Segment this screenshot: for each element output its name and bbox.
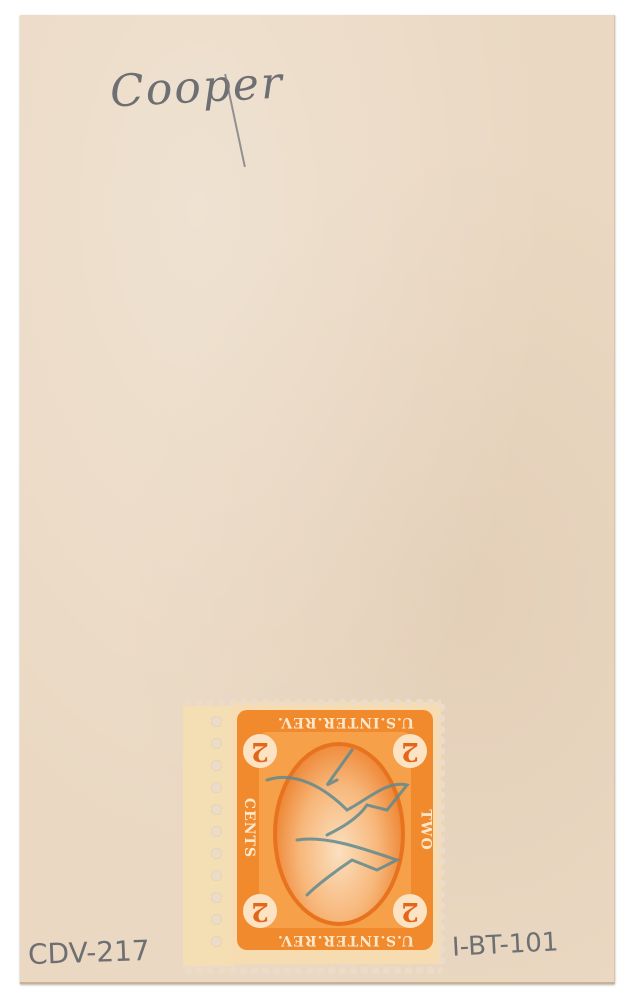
stamp-paper: U.S.INTER.REV. U.S.INTER.REV. CENTS TWO … <box>231 702 441 964</box>
numeral-corner: 2 <box>243 894 277 928</box>
perforated-edge-bottom <box>183 965 441 975</box>
perforated-edge-top <box>183 697 441 707</box>
revenue-stamp: U.S.INTER.REV. U.S.INTER.REV. CENTS TWO … <box>183 702 441 970</box>
numeral-corner: 2 <box>393 894 427 928</box>
perforation-holes <box>211 716 223 966</box>
stamp-unit-label: CENTS <box>241 798 257 858</box>
stamp-frame <box>259 732 411 928</box>
stamp-selvage-margin <box>183 706 235 966</box>
inventory-code-right: I-BT-101 <box>451 927 559 963</box>
stamp-issuer-bottom: U.S.INTER.REV. <box>277 932 414 948</box>
stamp-design: U.S.INTER.REV. U.S.INTER.REV. CENTS TWO … <box>237 710 433 950</box>
stamp-denomination-word: TWO <box>418 809 434 850</box>
stamp-issuer-top: U.S.INTER.REV. <box>277 714 414 730</box>
inventory-code-left: CDV-217 <box>27 934 150 971</box>
perforated-edge-right <box>436 702 446 970</box>
pencil-signature: Cooper <box>109 57 285 117</box>
portrait-oval <box>273 742 405 926</box>
numeral-corner: 2 <box>243 734 277 768</box>
numeral-corner: 2 <box>393 734 427 768</box>
